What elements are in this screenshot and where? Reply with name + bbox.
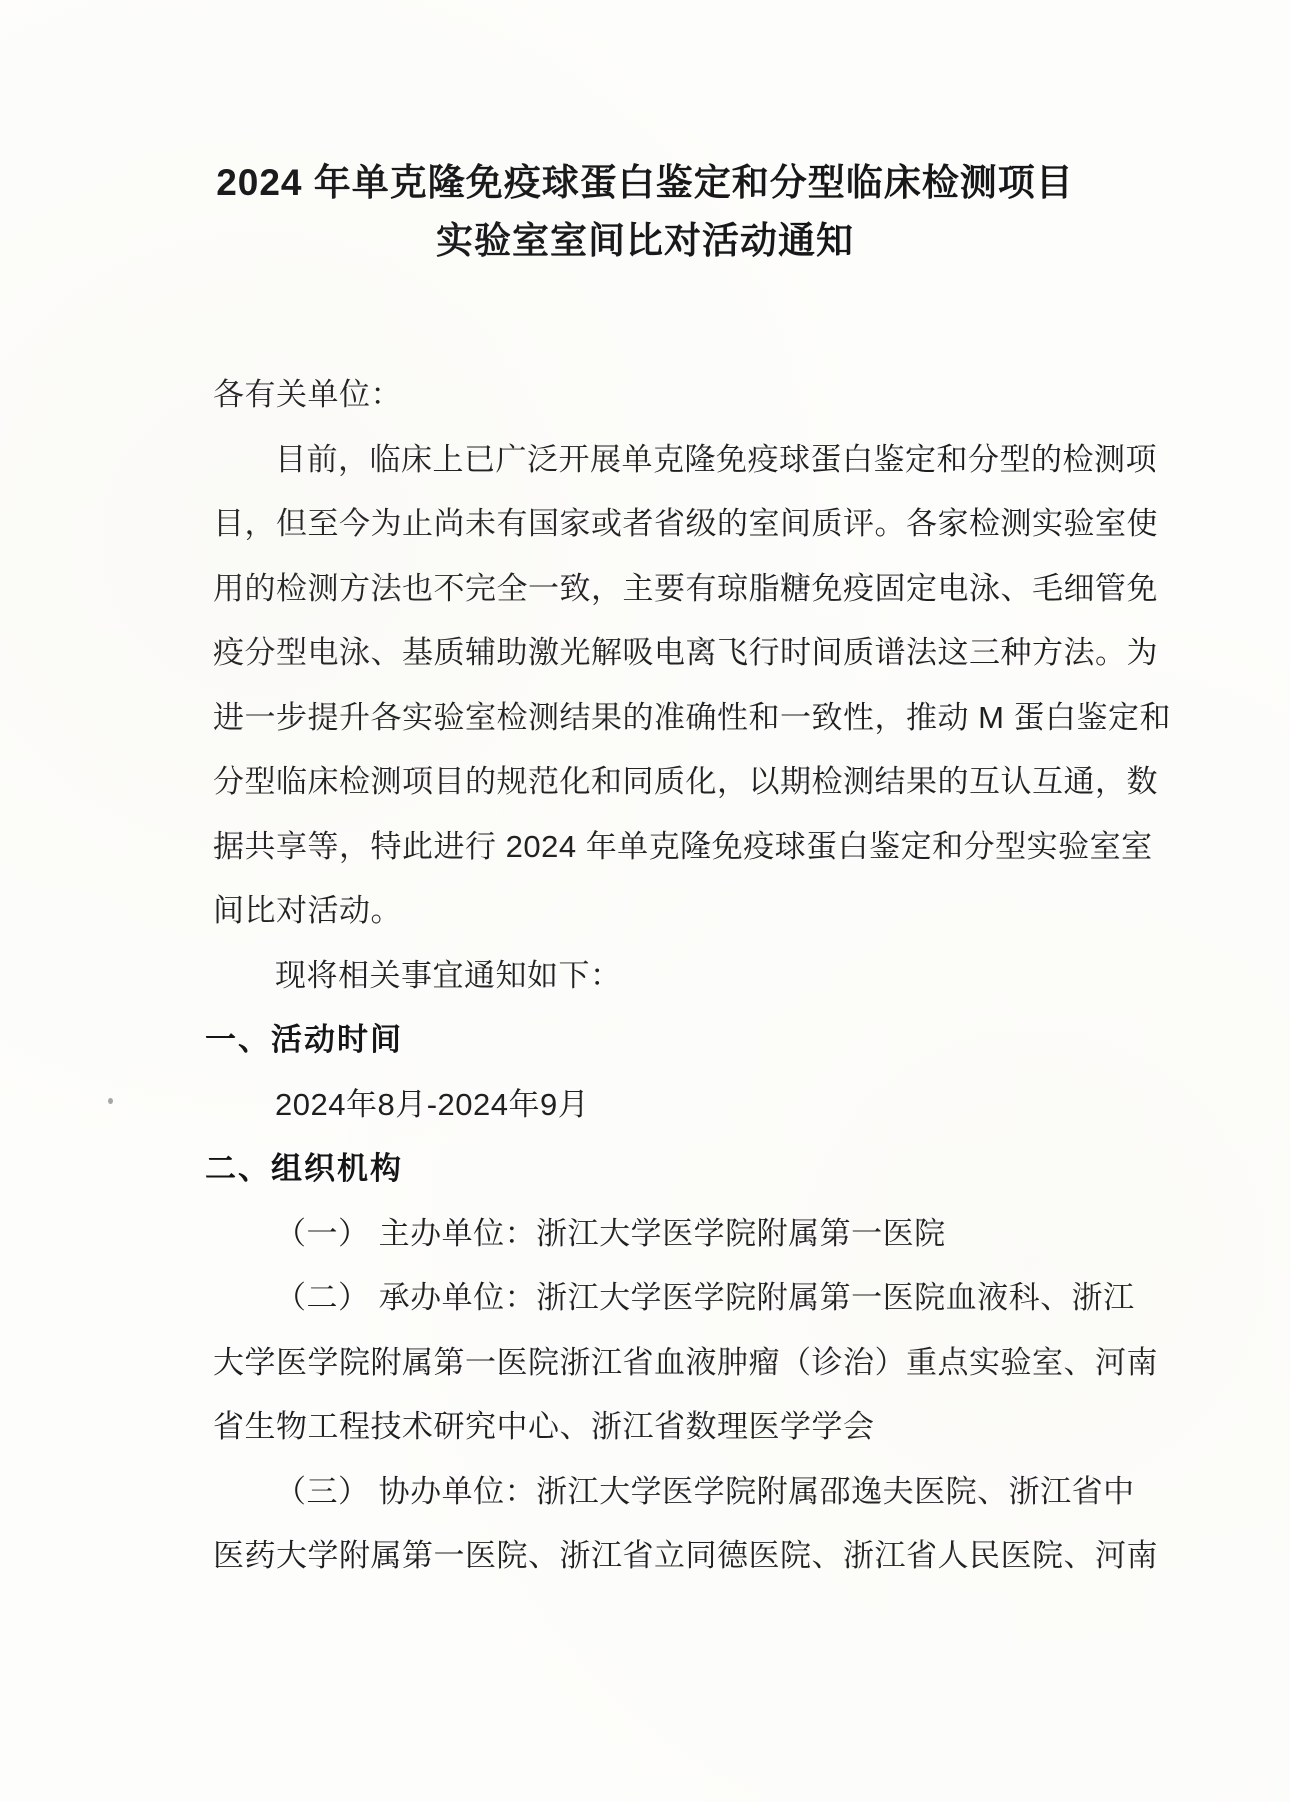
undertaker-unit-line: 省生物工程技术研究中心、浙江省数理医学学会 bbox=[213, 1395, 1173, 1460]
document-page: 2024 年单克隆免疫球蛋白鉴定和分型临床检测项目 实验室室间比对活动通知 各有… bbox=[0, 0, 1290, 1802]
section-1-heading: 一、活动时间 bbox=[205, 1008, 1173, 1073]
intro-paragraph-line: 据共享等，特此进行 2024 年单克隆免疫球蛋白鉴定和分型实验室室 bbox=[213, 815, 1173, 880]
document-body: 各有关单位： 目前，临床上已广泛开展单克隆免疫球蛋白鉴定和分型的检测项 目，但至… bbox=[213, 363, 1173, 1589]
undertaker-unit-line: （二） 承办单位：浙江大学医学院附属第一医院血液科、浙江 bbox=[213, 1266, 1173, 1331]
scan-artifact-dot bbox=[108, 1098, 113, 1104]
section-2-heading: 二、组织机构 bbox=[205, 1137, 1173, 1202]
title-line-2: 实验室室间比对活动通知 bbox=[0, 212, 1290, 270]
host-unit-line: （一） 主办单位：浙江大学医学院附属第一医院 bbox=[213, 1202, 1173, 1267]
intro-paragraph-line: 疫分型电泳、基质辅助激光解吸电离飞行时间质谱法这三种方法。为 bbox=[213, 621, 1173, 686]
intro-paragraph-line: 进一步提升各实验室检测结果的准确性和一致性，推动 M 蛋白鉴定和 bbox=[213, 686, 1173, 751]
salutation: 各有关单位： bbox=[213, 363, 1173, 428]
title-line-1: 2024 年单克隆免疫球蛋白鉴定和分型临床检测项目 bbox=[0, 154, 1290, 212]
notice-transition-line: 现将相关事宜通知如下： bbox=[213, 944, 1173, 1009]
undertaker-unit-line: 大学医学院附属第一医院浙江省血液肿瘤（诊治）重点实验室、河南 bbox=[213, 1331, 1173, 1396]
intro-paragraph-line: 目，但至今为止尚未有国家或者省级的室间质评。各家检测实验室使 bbox=[213, 492, 1173, 557]
intro-paragraph-line: 目前，临床上已广泛开展单克隆免疫球蛋白鉴定和分型的检测项 bbox=[213, 428, 1173, 493]
co-organizer-unit-line: 医药大学附属第一医院、浙江省立同德医院、浙江省人民医院、河南 bbox=[213, 1524, 1173, 1589]
intro-paragraph-line: 间比对活动。 bbox=[213, 879, 1173, 944]
intro-paragraph-line: 分型临床检测项目的规范化和同质化，以期检测结果的互认互通，数 bbox=[213, 750, 1173, 815]
document-title: 2024 年单克隆免疫球蛋白鉴定和分型临床检测项目 实验室室间比对活动通知 bbox=[0, 154, 1290, 270]
intro-paragraph-line: 用的检测方法也不完全一致，主要有琼脂糖免疫固定电泳、毛细管免 bbox=[213, 557, 1173, 622]
activity-date-range: 2024年8月-2024年9月 bbox=[213, 1073, 1173, 1138]
co-organizer-unit-line: （三） 协办单位：浙江大学医学院附属邵逸夫医院、浙江省中 bbox=[213, 1460, 1173, 1525]
